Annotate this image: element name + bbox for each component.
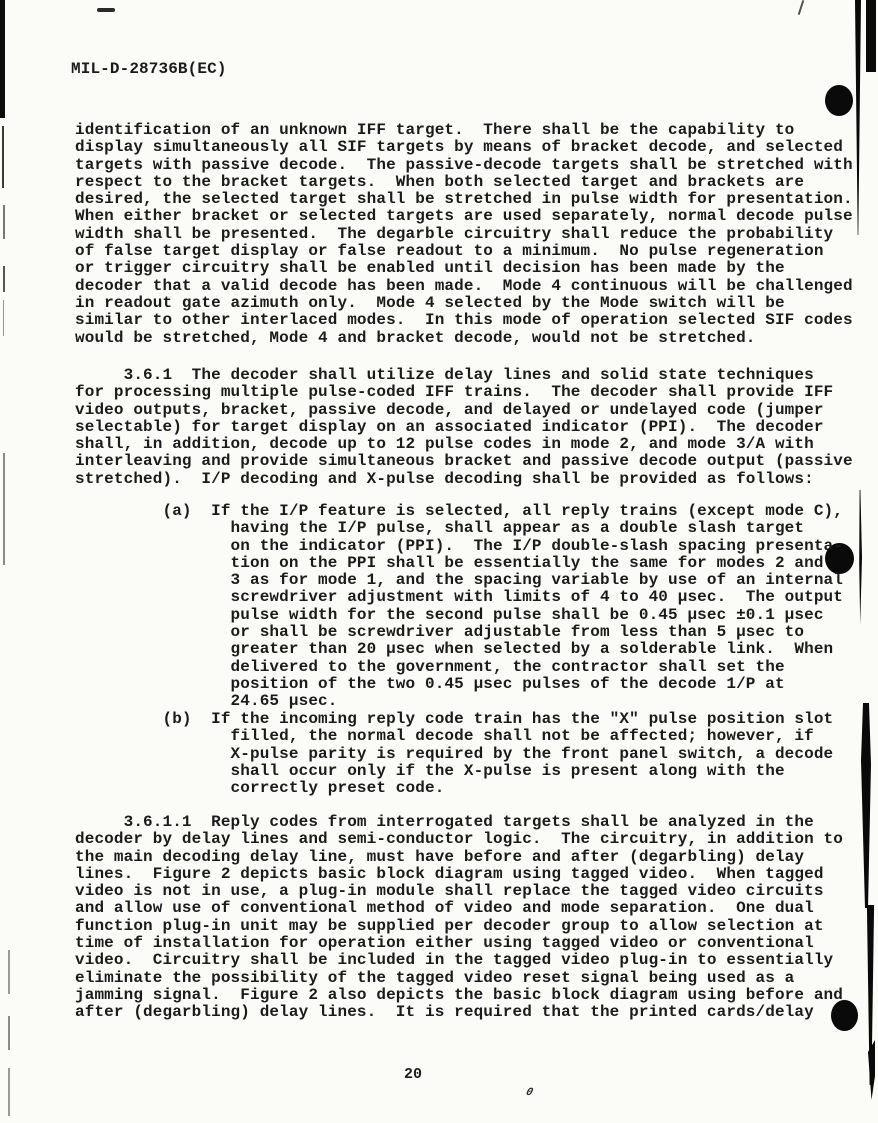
text-line: delivered to the government, the contrac…: [75, 659, 843, 676]
text-line: shall occur only if the X-pulse is prese…: [75, 763, 833, 780]
text-line: correctly preset code.: [75, 780, 833, 797]
text-line: width shall be presented. The degarble c…: [75, 226, 853, 243]
text-line: filled, the normal decode shall not be a…: [75, 728, 833, 745]
list-item-b: (b) If the incoming reply code train has…: [75, 711, 833, 797]
text-line: targets with passive decode. The passive…: [75, 157, 853, 174]
scan-edge-mark: [8, 950, 10, 994]
text-line: selectable) for target display on an ass…: [75, 419, 853, 436]
scan-edge-mark: [3, 300, 4, 336]
text-line: would be stretched, Mode 4 and bracket d…: [75, 330, 853, 347]
scan-streak-mark: [866, 0, 876, 72]
text-line: eliminate the possibility of the tagged …: [75, 970, 843, 987]
text-line: similar to other interlaced modes. In th…: [75, 312, 853, 329]
text-line: after (degarbling) delay lines. It is re…: [75, 1004, 843, 1021]
text-line: video outputs, bracket, passive decode, …: [75, 402, 853, 419]
text-line: time of installation for operation eithe…: [75, 935, 843, 952]
text-line: interleaving and provide simultaneous br…: [75, 453, 853, 470]
text-line: When either bracket or selected targets …: [75, 208, 853, 225]
scan-edge-mark: [8, 1068, 10, 1116]
scan-edge-mark: [3, 205, 5, 239]
scan-edge-mark: [0, 0, 5, 118]
text-line: tion on the PPI shall be essentially the…: [75, 555, 843, 572]
text-line: (a) If the I/P feature is selected, all …: [75, 503, 843, 520]
text-line: function plug-in unit may be supplied pe…: [75, 918, 843, 935]
text-line: the main decoding delay line, must have …: [75, 849, 843, 866]
text-line: pulse width for the second pulse shall b…: [75, 607, 843, 624]
text-line: desired, the selected target shall be st…: [75, 191, 853, 208]
document-page: MIL-D-28736B(EC) identification of an un…: [0, 0, 878, 1123]
scan-streak-mark: [858, 490, 862, 625]
stray-mark: 0: [525, 1087, 534, 1099]
scan-edge-mark: [2, 126, 4, 188]
scratch-mark: [798, 0, 805, 15]
text-line: 3.6.1.1 Reply codes from interrogated ta…: [75, 814, 843, 831]
text-line: on the indicator (PPI). The I/P double-s…: [75, 538, 843, 555]
scan-edge-mark: [3, 266, 5, 292]
text-line: video is not in use, a plug-in module sh…: [75, 883, 843, 900]
text-line: stretched). I/P decoding and X-pulse dec…: [75, 471, 853, 488]
doc-number: MIL-D-28736B(EC): [71, 61, 227, 78]
text-line: lines. Figure 2 depicts basic block diag…: [75, 866, 843, 883]
text-line: 3.6.1 The decoder shall utilize delay li…: [75, 367, 853, 384]
page-number: 20: [404, 1066, 422, 1083]
scan-dash-mark: [97, 8, 115, 12]
text-line: position of the two 0.45 μsec pulses of …: [75, 676, 843, 693]
text-line: decoder by delay lines and semi-conducto…: [75, 831, 843, 848]
punch-hole-mark: [825, 85, 853, 116]
paragraph-3-6-1-1: 3.6.1.1 Reply codes from interrogated ta…: [75, 814, 843, 1022]
text-line: and allow use of conventional method of …: [75, 900, 843, 917]
list-item-a: (a) If the I/P feature is selected, all …: [75, 503, 843, 711]
text-line: (b) If the incoming reply code train has…: [75, 711, 833, 728]
text-line: of false target display or false readout…: [75, 243, 853, 260]
text-line: 24.65 μsec.: [75, 693, 843, 710]
text-line: X-pulse parity is required by the front …: [75, 746, 833, 763]
text-line: jamming signal. Figure 2 also depicts th…: [75, 987, 843, 1004]
text-line: having the I/P pulse, shall appear as a …: [75, 520, 843, 537]
text-line: respect to the bracket targets. When bot…: [75, 174, 853, 191]
text-line: for processing multiple pulse-coded IFF …: [75, 384, 853, 401]
text-line: or trigger circuitry shall be enabled un…: [75, 260, 853, 277]
text-line: video. Circuitry shall be included in th…: [75, 952, 843, 969]
text-line: screwdriver adjustment with limits of 4 …: [75, 589, 843, 606]
paragraph-intro: identification of an unknown IFF target.…: [75, 122, 853, 347]
text-line: in readout gate azimuth only. Mode 4 sel…: [75, 295, 853, 312]
scan-edge-mark: [8, 1016, 10, 1050]
scan-edge-mark: [3, 453, 5, 565]
text-line: display simultaneously all SIF targets b…: [75, 139, 853, 156]
paragraph-3-6-1: 3.6.1 The decoder shall utilize delay li…: [75, 367, 853, 488]
scan-streak-mark: [855, 0, 861, 235]
text-line: decoder that a valid decode has been mad…: [75, 278, 853, 295]
scan-streak-mark: [861, 703, 871, 908]
text-line: shall, in addition, decode up to 12 puls…: [75, 436, 853, 453]
text-line: identification of an unknown IFF target.…: [75, 122, 853, 139]
scan-streak-mark: [868, 1040, 875, 1100]
text-line: 3 as for mode 1, and the spacing variabl…: [75, 572, 843, 589]
text-line: greater than 20 μsec when selected by a …: [75, 641, 843, 658]
text-line: or shall be screwdriver adjustable from …: [75, 624, 843, 641]
